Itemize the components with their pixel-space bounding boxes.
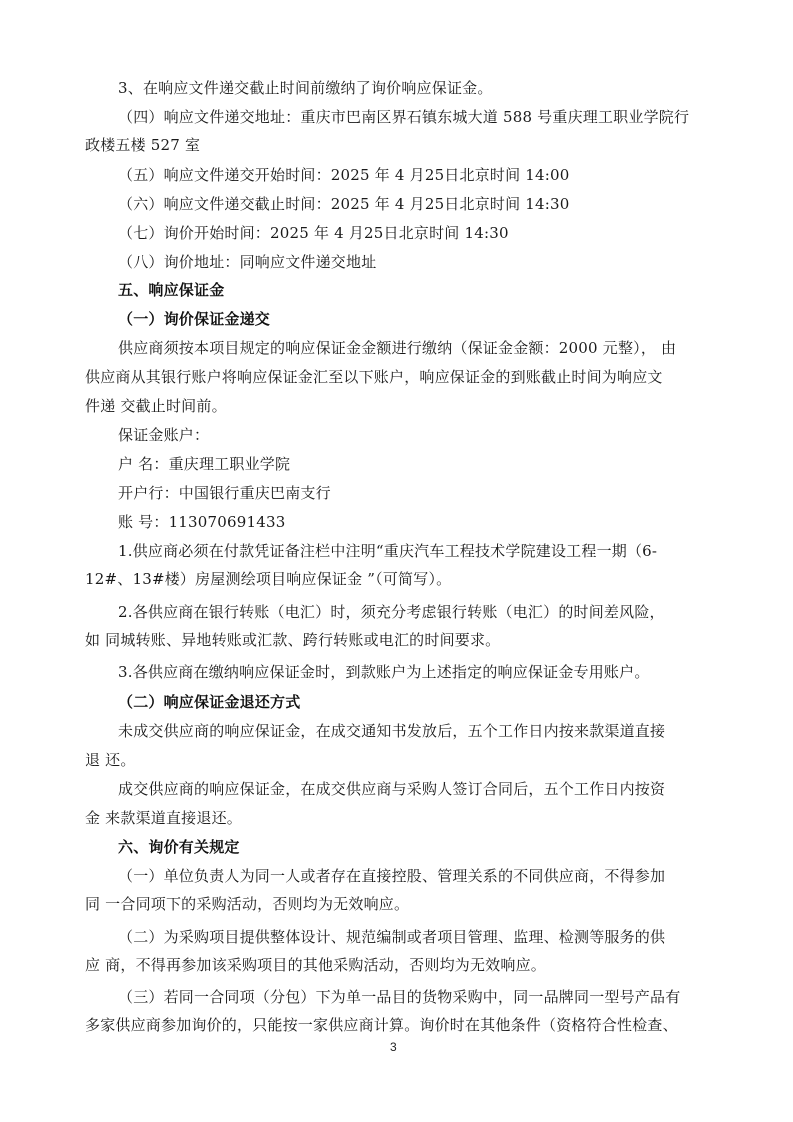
section-heading: 六、询价有关规定 xyxy=(118,837,240,857)
text-line: 1.供应商必须在付款凭证备注栏中注明“重庆汽车工程技术学院建设工程一期（6- xyxy=(118,541,657,561)
text-line: 政楼五楼 527 室 xyxy=(85,135,200,155)
text-line: （一）单位负责人为同一人或者存在直接控股、管理关系的不同供应商，不得参加 xyxy=(118,866,665,886)
text-line: 账 号：113070691433 xyxy=(118,512,286,532)
text-line: （四）响应文件递交地址：重庆市巴南区界石镇东城大道 588 号重庆理工职业学院行 xyxy=(118,107,689,127)
section-heading: 五、响应保证金 xyxy=(118,280,224,300)
text-line: （八）询价地址：同响应文件递交地址 xyxy=(118,252,376,272)
text-line: 应 商，不得再参加该采购项目的其他采购活动，否则均为无效响应。 xyxy=(85,955,546,975)
section-heading: （二）响应保证金退还方式 xyxy=(118,692,300,712)
text-line: 金 来款渠道直接退还。 xyxy=(85,808,242,828)
text-line: （五）响应文件递交开始时间：2025 年 4 月25日北京时间 14:00 xyxy=(118,165,570,185)
text-line: （二）为采购项目提供整体设计、规范编制或者项目管理、监理、检测等服务的供 xyxy=(118,927,665,947)
text-line: （七）询价开始时间：2025 年 4 月25日北京时间 14:30 xyxy=(118,223,509,243)
text-line: 3、在响应文件递交截止时间前缴纳了询价响应保证金。 xyxy=(118,78,493,98)
text-line: 成交供应商的响应保证金，在成交供应商与采购人签订合同后，五个工作日内按资 xyxy=(118,779,665,799)
text-line: 2.各供应商在银行转账（电汇）时，须充分考虑银行转账（电汇）的时间差风险， xyxy=(118,602,665,622)
text-line: 退 还。 xyxy=(85,750,136,770)
text-line: 保证金账户： xyxy=(118,425,209,445)
text-line: 件递 交截止时间前。 xyxy=(85,396,227,416)
text-line: 开户行：中国银行重庆巴南支行 xyxy=(118,483,331,503)
text-line: 供应商须按本项目规定的响应保证金金额进行缴纳（保证金金额：2000 元整）， 由 xyxy=(118,338,676,358)
text-line: 多家供应商参加询价的，只能按一家供应商计算。询价时在其他条件（资格符合性检查、 xyxy=(85,1015,678,1035)
text-line: 供应商从其银行账户将响应保证金汇至以下账户，响应保证金的到账截止时间为响应文 xyxy=(85,367,663,387)
text-line: （三）若同一合同项（分包）下为单一品目的货物采购中，同一品牌同一型号产品有 xyxy=(118,987,680,1007)
text-line: 3.各供应商在缴纳响应保证金时，到款账户为上述指定的响应保证金专用账户。 xyxy=(118,662,650,682)
text-line: 未成交供应商的响应保证金，在成交通知书发放后，五个工作日内按来款渠道直接 xyxy=(118,721,665,741)
text-line: 如 同城转账、异地转账或汇款、跨行转账或电汇的时间要求。 xyxy=(85,630,500,650)
document-page: 3、在响应文件递交截止时间前缴纳了询价响应保证金。（四）响应文件递交地址：重庆市… xyxy=(0,0,793,1122)
text-line: 同 一合同项下的采购活动，否则均为无效响应。 xyxy=(85,894,409,914)
text-line: （六）响应文件递交截止时间：2025 年 4 月25日北京时间 14:30 xyxy=(118,194,570,214)
section-heading: （一）询价保证金递交 xyxy=(118,309,270,329)
page-number: 3 xyxy=(390,1040,397,1054)
text-line: 户 名：重庆理工职业学院 xyxy=(118,454,290,474)
text-line: 12#、13#楼）房屋测绘项目响应保证金 ”（可简写）。 xyxy=(85,569,451,589)
